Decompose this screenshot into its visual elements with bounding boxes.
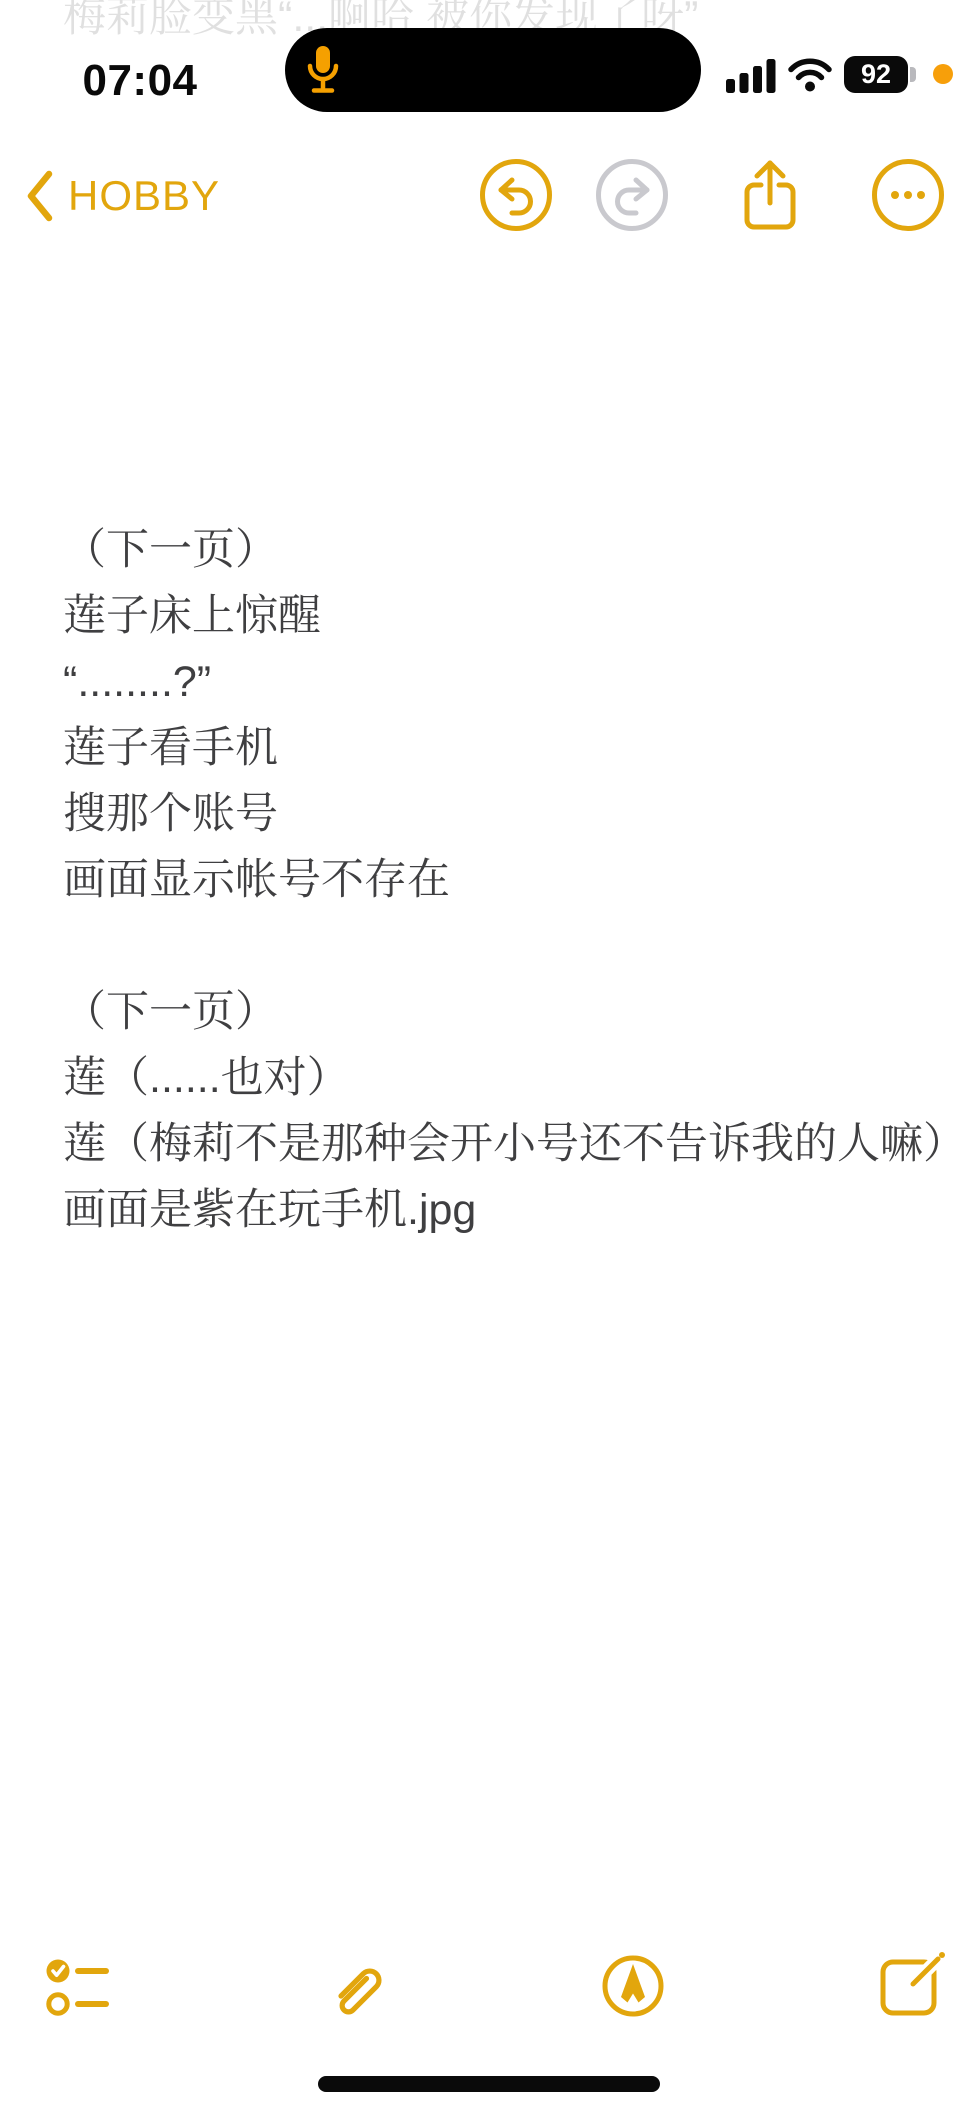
bottom-toolbar bbox=[0, 1940, 978, 2050]
note-line: （下一页） bbox=[63, 979, 943, 1045]
battery-icon: 92 bbox=[844, 56, 916, 93]
note-line bbox=[63, 913, 943, 979]
note-line: 画面显示帐号不存在 bbox=[63, 847, 943, 913]
back-label: HOBBY bbox=[68, 172, 220, 220]
back-chevron-icon bbox=[24, 170, 54, 222]
attachment-icon[interactable] bbox=[327, 1952, 389, 2022]
iphone-screen: 梅莉脸变黑“...啊哈 被你发现了呀” 07:04 bbox=[0, 0, 978, 2120]
markup-icon[interactable] bbox=[600, 1952, 666, 2020]
wifi-icon bbox=[787, 57, 833, 92]
nav-bar: HOBBY bbox=[0, 158, 978, 238]
note-line: “........?” bbox=[63, 649, 943, 715]
compose-icon[interactable] bbox=[878, 1950, 946, 2018]
home-indicator[interactable] bbox=[318, 2076, 660, 2092]
share-icon[interactable] bbox=[741, 156, 799, 234]
note-line: 搜那个账号 bbox=[63, 781, 943, 847]
battery-cap bbox=[910, 67, 916, 82]
battery-percent: 92 bbox=[861, 59, 891, 90]
microphone-icon bbox=[305, 44, 341, 96]
redo-button[interactable] bbox=[595, 158, 669, 232]
undo-button[interactable] bbox=[479, 158, 553, 232]
note-line: （下一页） bbox=[63, 517, 943, 583]
note-line: 莲（......也对） bbox=[63, 1045, 943, 1111]
note-line: 画面是紫在玩手机.jpg bbox=[63, 1177, 943, 1243]
status-time: 07:04 bbox=[60, 56, 220, 106]
checklist-icon[interactable] bbox=[45, 1956, 109, 2020]
note-line: 莲（梅莉不是那种会开小号还不告诉我的人嘛） bbox=[63, 1111, 943, 1177]
dynamic-island[interactable] bbox=[285, 28, 701, 112]
note-line: 莲子床上惊醒 bbox=[63, 583, 943, 649]
back-button[interactable]: HOBBY bbox=[24, 158, 220, 234]
cellular-signal-icon bbox=[726, 56, 776, 93]
recording-indicator-dot bbox=[933, 64, 953, 84]
status-icons: 92 bbox=[726, 55, 916, 93]
more-button[interactable] bbox=[871, 158, 945, 232]
note-content[interactable]: （下一页） 莲子床上惊醒 “........?” 莲子看手机 搜那个账号 画面显… bbox=[63, 517, 943, 1243]
note-line: 莲子看手机 bbox=[63, 715, 943, 781]
